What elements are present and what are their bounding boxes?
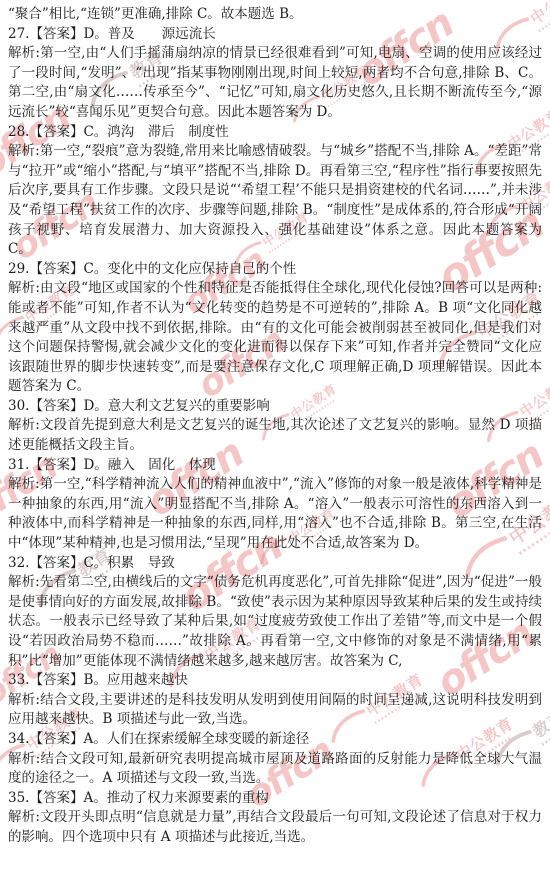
analysis-paragraph-29: 解析:由文段“地区或国家的个性和特征是否能抵得住全球化,现代化侵蚀?回答可以是两… (8, 279, 542, 397)
analysis-paragraph-31: 解析:第一空,“科学精神流入人们的精神血液中”,“流入”修饰的对象一般是液体,科… (8, 475, 542, 553)
answer-line-29: 29.【答案】C。变化中的文化应保持自己的个性 (8, 260, 542, 280)
answer-key-content: “聚合”相比,“连锁”更准确,排除 C。故本题选 B。 27.【答案】D。普及 … (0, 0, 550, 848)
analysis-paragraph-30: 解析:文段首先提到意大利是文艺复兴的诞生地,其次论述了文艺复兴的影响。显然 D … (8, 416, 542, 455)
analysis-paragraph-33: 解析:结合文段,主要讲述的是科技发明从发明到使用间隔的时间呈递减,这说明科技发明… (8, 691, 542, 730)
document-page: 中公教育offcn教育中公教育offcn中公教育offcn中公教育中公教育off… (0, 0, 550, 885)
analysis-paragraph-27: 解析:第一空,由“人们手摇蒲扇纳凉的情景已经很难看到”可知,电扇、空调的使用应该… (8, 44, 542, 122)
analysis-paragraph-34: 解析:结合文段可知,最新研究表明提高城市屋顶及道路路面的反射能力是降低全球大气温… (8, 750, 542, 789)
answer-line-30: 30.【答案】D。意大利文艺复兴的重要影响 (8, 397, 542, 417)
answer-line-28: 28.【答案】C。鸿沟 滞后 制度性 (8, 123, 542, 143)
answer-line-33: 33.【答案】B。应用越来越快 (8, 671, 542, 691)
continuation-paragraph: “聚合”相比,“连锁”更准确,排除 C。故本题选 B。 (8, 5, 542, 25)
answer-line-27: 27.【答案】D。普及 源远流长 (8, 25, 542, 45)
answer-line-32: 32.【答案】C。积累 导致 (8, 554, 542, 574)
analysis-paragraph-28: 解析:第一空,“裂痕”意为裂缝,常用来比喻感情破裂。与“城乡”搭配不当,排除 A… (8, 142, 542, 260)
analysis-paragraph-32: 解析:先看第二空,由横线后的文字“债务危机再度恶化”,可首先排除“促进”,因为“… (8, 573, 542, 671)
answer-line-31: 31.【答案】D。融入 固化 体现 (8, 456, 542, 476)
answer-line-35: 35.【答案】A。推动了权力来源要素的重构 (8, 789, 542, 809)
answer-line-34: 34.【答案】A。人们在探索缓解全球变暖的新途径 (8, 730, 542, 750)
analysis-paragraph-35: 解析:文段开头即点明“信息就是力量”,再结合文段最后一句可知,文段论述了信息对于… (8, 808, 542, 847)
